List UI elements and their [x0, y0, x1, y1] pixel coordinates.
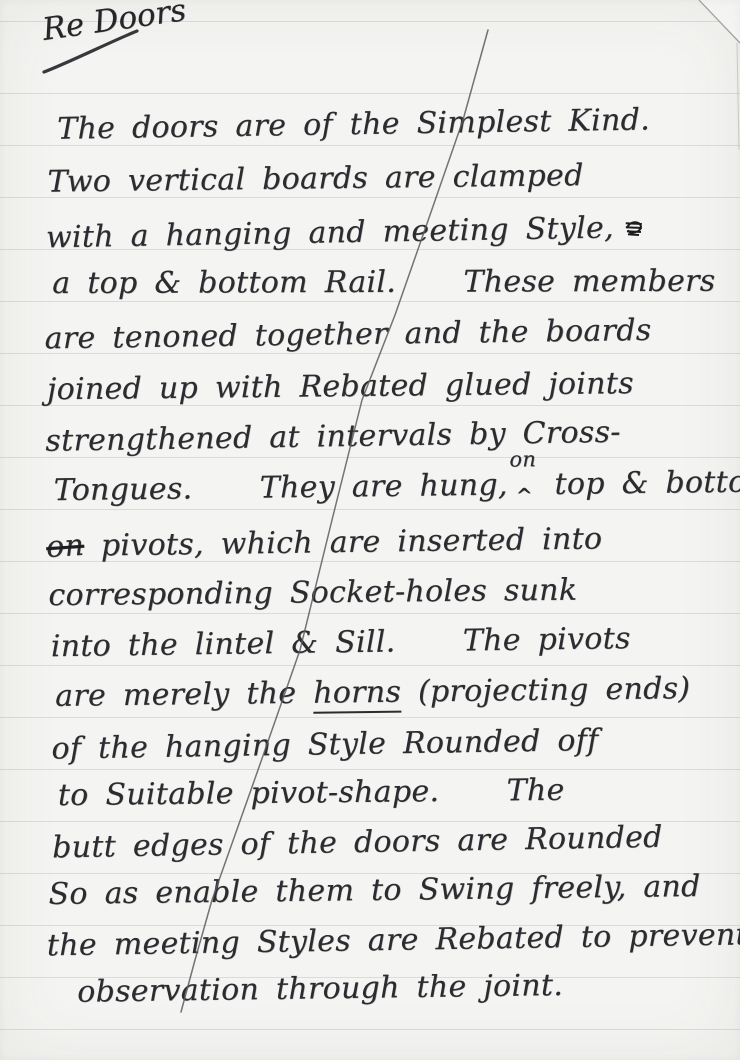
- line-text: So as enable them to Swing freely, and: [48, 869, 700, 912]
- handwritten-text-block: The doors are of the Simplest Kind. Two …: [0, 0, 740, 1060]
- handwritten-line: corresponding Socket-holes sunk: [48, 570, 577, 618]
- line-text: top & bottom,: [537, 464, 740, 502]
- handwritten-line: Two vertical boards are clamped: [47, 155, 584, 204]
- handwritten-line: are tenoned together and the boards: [44, 310, 651, 360]
- handwritten-line: So as enable them to Swing freely, and: [48, 866, 701, 916]
- line-text: observation through the joint.: [77, 968, 563, 1010]
- handwritten-line: butt edges of the doors are Rounded: [52, 817, 663, 870]
- handwritten-line: with a hanging and meeting Style,: [46, 207, 645, 261]
- line-text: (projecting ends): [401, 671, 691, 710]
- handwritten-line: to Suitable pivot-shape. The: [58, 770, 565, 817]
- line-text: a top & bottom Rail. These members: [52, 264, 715, 301]
- handwritten-line: of the hanging Style Rounded off: [51, 720, 599, 771]
- line-text: are tenoned together and the boards: [44, 313, 651, 356]
- line-text: butt edges of the doors are Rounded: [52, 820, 663, 866]
- line-text: Tongues. They are hung,: [54, 468, 508, 509]
- paper-edge-line: [737, 43, 739, 150]
- caret-insertion: on^: [507, 464, 537, 494]
- line-text: The doors are of the Simplest Kind.: [57, 102, 650, 146]
- handwritten-line: joined up with Rebated glued joints: [47, 363, 634, 411]
- line-text: the meeting Styles are Rebated to preven…: [47, 917, 740, 963]
- line-text: with a hanging and meeting Style,: [46, 210, 614, 255]
- handwritten-line: into the lintel & Sill. The pivots: [51, 618, 631, 668]
- line-text: into the lintel & Sill. The pivots: [51, 621, 631, 664]
- line-text: corresponding Socket-holes sunk: [48, 573, 577, 614]
- ink-scribble-blot: [623, 209, 644, 251]
- handwritten-line: The doors are of the Simplest Kind.: [57, 99, 650, 150]
- handwritten-line-with-underline: are merely the horns (projecting ends): [55, 668, 691, 718]
- handwritten-line: a top & bottom Rail. These members: [52, 261, 715, 305]
- underlined-word: horns: [313, 675, 401, 714]
- manuscript-page: Re Doors The doors are of the Simplest K…: [0, 0, 740, 1060]
- handwritten-line: observation through the joint.: [77, 965, 563, 1014]
- line-text: joined up with Rebated glued joints: [47, 366, 634, 407]
- line-text: are merely the: [55, 676, 313, 714]
- line-text: of the hanging Style Rounded off: [51, 723, 599, 767]
- caret-mark: ^: [516, 474, 534, 516]
- handwritten-line-with-strikeout: on pivots, which are inserted into: [46, 518, 603, 568]
- line-text: Two vertical boards are clamped: [47, 158, 583, 200]
- handwritten-line: the meeting Styles are Rebated to preven…: [47, 914, 740, 967]
- line-text: pivots, which are inserted into: [84, 521, 603, 563]
- line-text: to Suitable pivot-shape. The: [58, 773, 565, 813]
- struck-out-word: on: [45, 525, 86, 569]
- handwritten-line-with-insertion: Tongues. They are hung,on^ top & bottom,: [53, 461, 740, 512]
